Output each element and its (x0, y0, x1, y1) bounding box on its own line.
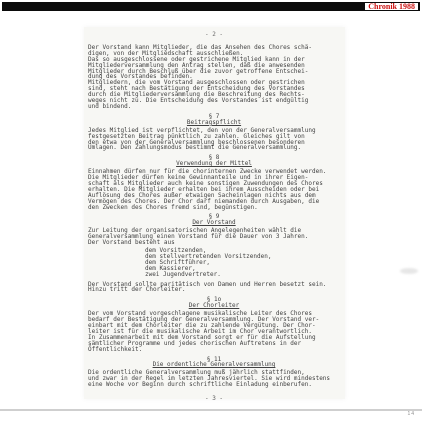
doc-blocks: Der Vorstand kann Mitglieder, die das An… (88, 45, 340, 388)
section-title: Der Chorleiter (88, 303, 340, 309)
top-page-number: - 2 - (88, 32, 340, 38)
section-title: Der Vorstand (88, 220, 340, 226)
paragraph: Jedes Mitglied ist verpflichtet, den von… (88, 128, 340, 152)
section-heading: § 1oDer Chorleiter (88, 297, 340, 309)
doc-line: zwei Jugendvertreter. (145, 272, 340, 278)
scan-smudge (400, 268, 418, 274)
chronik-header-bar: Chronik 1988 (2, 2, 420, 11)
section-title: Beitragspflicht (88, 120, 340, 126)
paragraph: Der Vorstand sollte paritätisch von Dame… (88, 282, 340, 294)
paragraph: Einnahmen dürfen nur für die chorinterne… (88, 169, 340, 210)
section-title: Die ordentliche Generalversammlung (88, 362, 340, 368)
doc-line: Umlagen. Den Zahlungsmodus bestimmt die … (88, 145, 340, 151)
section-heading: § 11Die ordentliche Generalversammlung (88, 357, 340, 369)
doc-line: Der Vorstand besteht aus (88, 240, 340, 246)
section-heading: § 7Beitragspflicht (88, 114, 340, 126)
member-list: dem Vorsitzenden,dem stellvertretenden V… (88, 248, 340, 278)
doc-line: eine Woche vor Beginn durch schriftliche… (88, 382, 340, 388)
doc-line: Hinzu tritt der Chorleiter. (88, 287, 340, 293)
bottom-page-number: - 3 - (88, 396, 340, 402)
paragraph: Der Vorstand kann Mitglieder, die das An… (88, 45, 340, 110)
doc-line: Öffentlichkeit. (88, 347, 340, 353)
paragraph: Die ordentliche Generalversammlung muß j… (88, 370, 340, 388)
chronik-label-box: Chronik 1988 (365, 3, 418, 10)
section-heading: § 8Verwendung der Mittel (88, 155, 340, 167)
bottom-divider-line (0, 409, 422, 411)
doc-line: und bindend. (88, 104, 340, 110)
chronik-label: Chronik 1988 (368, 3, 415, 11)
paragraph: Zur Leitung der organisatorischen Angele… (88, 228, 340, 246)
scanned-document-page: - 2 - Der Vorstand kann Mitglieder, die … (84, 27, 345, 399)
corner-page-number: 14 (407, 412, 415, 417)
paragraph: Der vom Vorstand vorgeschlagene musikali… (88, 311, 340, 352)
section-heading: § 9Der Vorstand (88, 214, 340, 226)
doc-line: den Zwecken des Chores fremd sind, begün… (88, 205, 340, 211)
document-text: - 2 - Der Vorstand kann Mitglieder, die … (88, 32, 340, 402)
section-title: Verwendung der Mittel (88, 161, 340, 167)
